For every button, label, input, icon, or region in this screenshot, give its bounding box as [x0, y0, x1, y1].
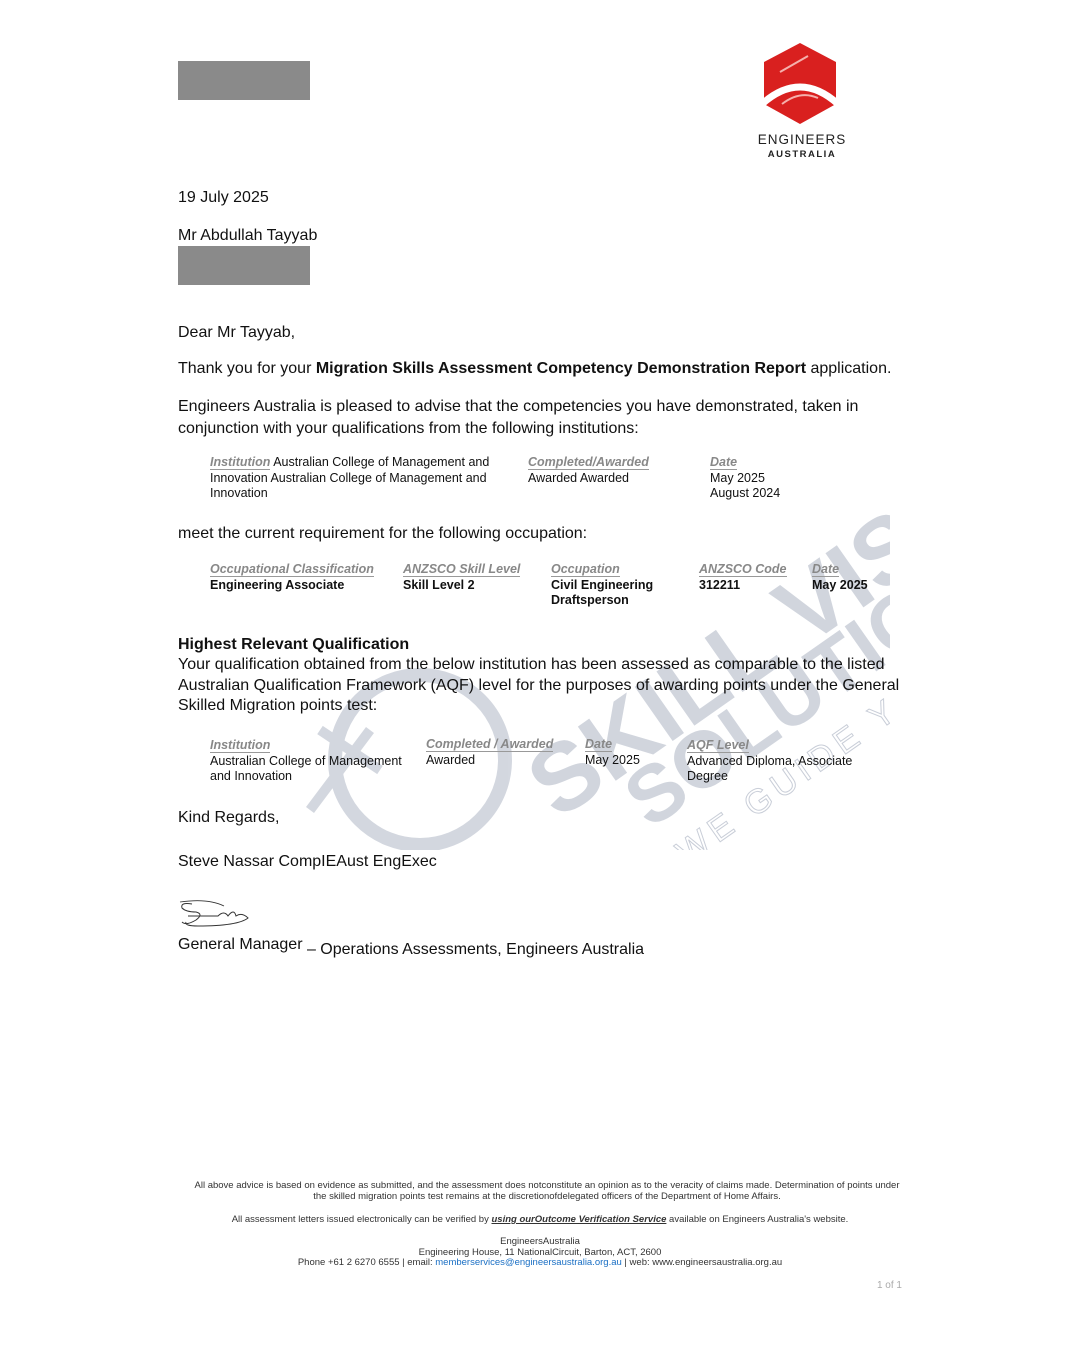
institutions-table: Institution Australian College of Manage… [210, 455, 910, 510]
occ-col-skill-level: ANZSCO Skill LevelSkill Level 2 [403, 562, 520, 593]
qualification-table: InstitutionAustralian College of Managem… [210, 737, 910, 787]
signatory-title: General Manager – Operations Assessments… [178, 934, 644, 956]
header-aqf-level: AQF Level [687, 738, 749, 753]
institution-line1: Australian College of Management and [270, 455, 489, 469]
header-occupation: Occupation [551, 562, 620, 577]
header-occ-date: Date [812, 562, 839, 577]
disclaimer-line2: the skilled migration points test remain… [7, 1192, 1080, 1203]
verify-post: available on Engineers Australia's websi… [666, 1214, 848, 1225]
qual-institution-value: Australian College of Management and Inn… [210, 754, 402, 784]
disclaimer-line1: All above advice is based on evidence as… [7, 1181, 1080, 1192]
recipient-name: Mr Abdullah Tayyab [178, 225, 317, 247]
redacted-address [178, 246, 310, 285]
qual-col-completed: Completed / AwardedAwarded [426, 737, 553, 768]
footer-org: EngineersAustralia [0, 1237, 1080, 1248]
engineers-australia-logo: ENGINEERS AUSTRALIA [752, 42, 852, 162]
closing: Kind Regards, [178, 807, 279, 829]
qual-completed-value: Awarded [426, 753, 475, 767]
email-link[interactable]: memberservices@engineersaustralia.org.au [435, 1257, 622, 1268]
anzsco-code-value: 312211 [699, 578, 740, 592]
occupation-value: Civil Engineering Draftsperson [551, 578, 653, 608]
footer-phone: Phone +61 2 6270 6555 | email: [298, 1257, 435, 1268]
classification-value: Engineering Associate [210, 578, 344, 592]
completed-value: Awarded Awarded [528, 471, 629, 485]
hrq-line1: Your qualification obtained from the bel… [178, 655, 899, 676]
verify-pre: All assessment letters issued electronic… [232, 1214, 492, 1225]
hrq-line3: Skilled Migration points test: [178, 696, 899, 717]
aqf-level-value: Advanced Diploma, Associate Degree [687, 754, 852, 784]
occ-col-date: DateMay 2025 [812, 562, 868, 593]
para2: Engineers Australia is pleased to advise… [178, 396, 858, 440]
redacted-block [178, 61, 310, 100]
verification-service-link[interactable]: using ourOutcome Verification Service [491, 1214, 666, 1225]
occ-date-value: May 2025 [812, 578, 868, 592]
hrq-line2: Australian Qualification Framework (AQF)… [178, 676, 899, 697]
date-value-1: May 2025 [710, 471, 765, 485]
footer-disclaimer: All above advice is based on evidence as… [7, 1181, 1080, 1202]
occupation-table: Occupational ClassificationEngineering A… [210, 562, 910, 607]
header-completed: Completed/Awarded [528, 455, 649, 470]
occ-col-classification: Occupational ClassificationEngineering A… [210, 562, 374, 593]
header-skill-level: ANZSCO Skill Level [403, 562, 520, 577]
application-type: Migration Skills Assessment Competency D… [316, 360, 806, 377]
footer-web: | web: www.engineersaustralia.org.au [622, 1257, 782, 1268]
institution-line3: Innovation [210, 486, 268, 500]
header-qual-completed: Completed / Awarded [426, 737, 553, 752]
occ-col-anzsco-code: ANZSCO Code312211 [699, 562, 787, 593]
para2-line1: Engineers Australia is pleased to advise… [178, 396, 858, 418]
occupation-intro: meet the current requirement for the fol… [178, 523, 587, 545]
engineers-australia-hexagon-icon [752, 42, 852, 128]
signature-image [178, 898, 258, 932]
page-number: 1 of 1 [860, 1280, 902, 1291]
header-institution: Institution [210, 455, 270, 470]
footer-contact: EngineersAustralia Engineering House, 11… [0, 1237, 1080, 1269]
intro-pre: Thank you for your [178, 360, 316, 377]
institution-cell: Institution Australian College of Manage… [210, 455, 510, 502]
completed-cell: Completed/Awarded Awarded Awarded [528, 455, 649, 486]
occ-col-occupation: OccupationCivil Engineering Draftsperson [551, 562, 671, 609]
signatory-name: Steve Nassar CompIEAust EngExec [178, 851, 437, 873]
footer-verify: All assessment letters issued electronic… [0, 1215, 1080, 1226]
header-qual-institution: Institution [210, 738, 270, 753]
header-anzsco-code: ANZSCO Code [699, 562, 787, 577]
date-value-2: August 2024 [710, 486, 780, 500]
title-part2: – Operations Assessments, Engineers Aust… [303, 941, 645, 958]
qual-date-value: May 2025 [585, 753, 640, 767]
skill-level-value: Skill Level 2 [403, 578, 475, 592]
letter-date: 19 July 2025 [178, 187, 269, 209]
intro-paragraph: Thank you for your Migration Skills Asse… [178, 358, 891, 380]
para2-line2: conjunction with your qualifications fro… [178, 418, 858, 440]
title-part1: General Manager [178, 936, 303, 953]
qual-col-aqf: AQF LevelAdvanced Diploma, Associate Deg… [687, 738, 867, 785]
intro-post: application. [806, 360, 891, 377]
salutation: Dear Mr Tayyab, [178, 322, 295, 344]
qual-col-date: DateMay 2025 [585, 737, 640, 768]
header-date: Date [710, 455, 737, 470]
logo-line2: AUSTRALIA [752, 149, 852, 160]
date-cell: Date May 2025 August 2024 [710, 455, 780, 502]
header-classification: Occupational Classification [210, 562, 374, 577]
hrq-title: Highest Relevant Qualification [178, 634, 409, 656]
qual-col-institution: InstitutionAustralian College of Managem… [210, 738, 415, 785]
hrq-paragraph: Your qualification obtained from the bel… [178, 655, 899, 717]
institution-line2: Innovation Australian College of Managem… [210, 471, 487, 485]
header-qual-date: Date [585, 737, 612, 752]
logo-line1: ENGINEERS [752, 132, 852, 147]
